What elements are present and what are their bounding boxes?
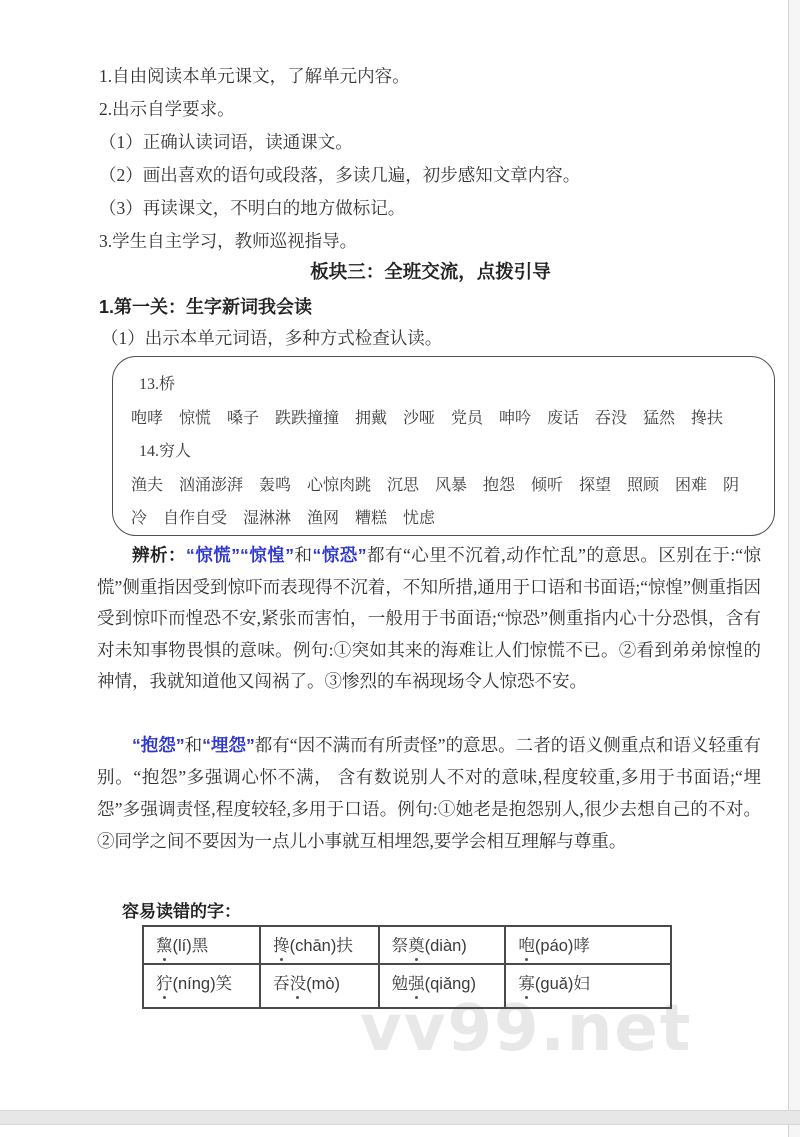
error-prone-words-table: 黧(lí)黑 搀(chān)扶 祭奠(diàn) 咆(páo)哮 狞(níng)…	[142, 925, 672, 1009]
emphasized-char: 黧	[156, 937, 173, 955]
table-row: 狞(níng)笑 吞没(mò) 勉强(qiǎng) 寡(guǎ)妇	[143, 964, 671, 1008]
lesson-13-title: 13.桥	[131, 368, 756, 402]
step-line: （2）画出喜欢的语句或段落，多读几遍，初步感知文章内容。	[99, 159, 762, 192]
emphasized-char: 强	[408, 975, 425, 993]
table-cell: 祭奠(diàn)	[379, 926, 506, 964]
analysis-label: 辨析：	[132, 545, 186, 565]
table-cell: 寡(guǎ)妇	[505, 964, 671, 1008]
page-separator-strip	[0, 1110, 800, 1125]
highlighted-term: “惊恐”	[313, 545, 367, 565]
highlighted-term: “抱怨”	[132, 735, 185, 755]
emphasized-char: 寡	[518, 975, 535, 993]
page-right-edge	[788, 0, 800, 1137]
analysis-paragraph-yuan: “抱怨”和“埋怨”都有“因不满而有所责怪”的意思。二者的语义侧重点和语义轻重有别…	[97, 729, 761, 857]
cell-post: (níng)笑	[173, 975, 233, 993]
step-line: 1.自由阅读本单元课文，了解单元内容。	[99, 60, 762, 93]
step-line: 2.出示自学要求。	[99, 93, 762, 126]
lesson-14-words-line1: 渔夫 汹涌澎湃 轰鸣 心惊肉跳 沉思 风暴 抱怨 倾听 探望 照顾 困难 阴	[131, 469, 756, 503]
cell-post: (lí)黑	[173, 937, 209, 955]
teaching-steps-list: 1.自由阅读本单元课文，了解单元内容。 2.出示自学要求。 （1）正确认读词语，…	[99, 60, 762, 258]
table-cell: 搀(chān)扶	[260, 926, 379, 964]
emphasized-char: 奠	[408, 937, 425, 955]
emphasized-char: 搀	[273, 937, 290, 955]
cell-pre: 吞	[273, 975, 290, 993]
section-heading: 板块三：全班交流，点拨引导	[99, 258, 762, 284]
lesson-14-title: 14.穷人	[131, 435, 756, 469]
table-cell: 黧(lí)黑	[143, 926, 260, 964]
conjunction: 和	[185, 735, 203, 755]
subsection-heading: 1.第一关：生字新词我会读	[99, 293, 762, 319]
error-prone-words-label: 容易读错的字：	[122, 897, 241, 922]
lesson-13-words: 咆哮 惊慌 嗓子 跌跌撞撞 拥戴 沙哑 党员 呻吟 废话 吞没 猛然 搀扶	[131, 402, 756, 436]
word-list-box: 13.桥 咆哮 惊慌 嗓子 跌跌撞撞 拥戴 沙哑 党员 呻吟 废话 吞没 猛然 …	[112, 356, 775, 536]
table-cell: 吞没(mò)	[260, 964, 379, 1008]
emphasized-char: 没	[290, 975, 307, 993]
table-cell: 咆(páo)哮	[505, 926, 671, 964]
cell-post: (qiǎng)	[425, 975, 476, 993]
cell-post: (páo)哮	[535, 937, 590, 955]
cell-post: (diàn)	[425, 937, 467, 955]
document-page: vv99.net 1.自由阅读本单元课文，了解单元内容。 2.出示自学要求。 （…	[0, 0, 800, 1137]
table-cell: 勉强(qiǎng)	[379, 964, 506, 1008]
table-cell: 狞(níng)笑	[143, 964, 260, 1008]
cell-post: (mò)	[306, 975, 340, 993]
cell-post: (guǎ)妇	[535, 975, 590, 993]
highlighted-term: “埋怨”	[202, 735, 255, 755]
table-row: 黧(lí)黑 搀(chān)扶 祭奠(diàn) 咆(páo)哮	[143, 926, 671, 964]
cell-post: (chān)扶	[290, 937, 353, 955]
step-line: 3.学生自主学习，教师巡视指导。	[99, 225, 762, 258]
subsection-instruction: （1）出示本单元词语，多种方式检查认读。	[101, 325, 764, 350]
emphasized-char: 狞	[156, 975, 173, 993]
emphasized-char: 咆	[518, 937, 535, 955]
step-line: （3）再读课文，不明白的地方做标记。	[99, 192, 762, 225]
analysis-paragraph-jing: 辨析：“惊慌”“惊惶”和“惊恐”都有“心里不沉着,动作忙乱”的意思。区别在于:“…	[97, 540, 761, 698]
step-line: （1）正确认读词语，读通课文。	[99, 126, 762, 159]
lesson-14-words-line2: 冷 自作自受 湿淋淋 渔网 糟糕 忧虑	[131, 502, 756, 536]
conjunction: 和	[294, 545, 313, 565]
cell-pre: 勉	[392, 975, 409, 993]
cell-pre: 祭	[392, 937, 409, 955]
analysis-body: 都有“心里不沉着,动作忙乱”的意思。区别在于:“惊慌”侧重指因受到惊吓而表现得不…	[97, 545, 761, 691]
highlighted-term: “惊慌”“惊惶”	[186, 545, 294, 565]
